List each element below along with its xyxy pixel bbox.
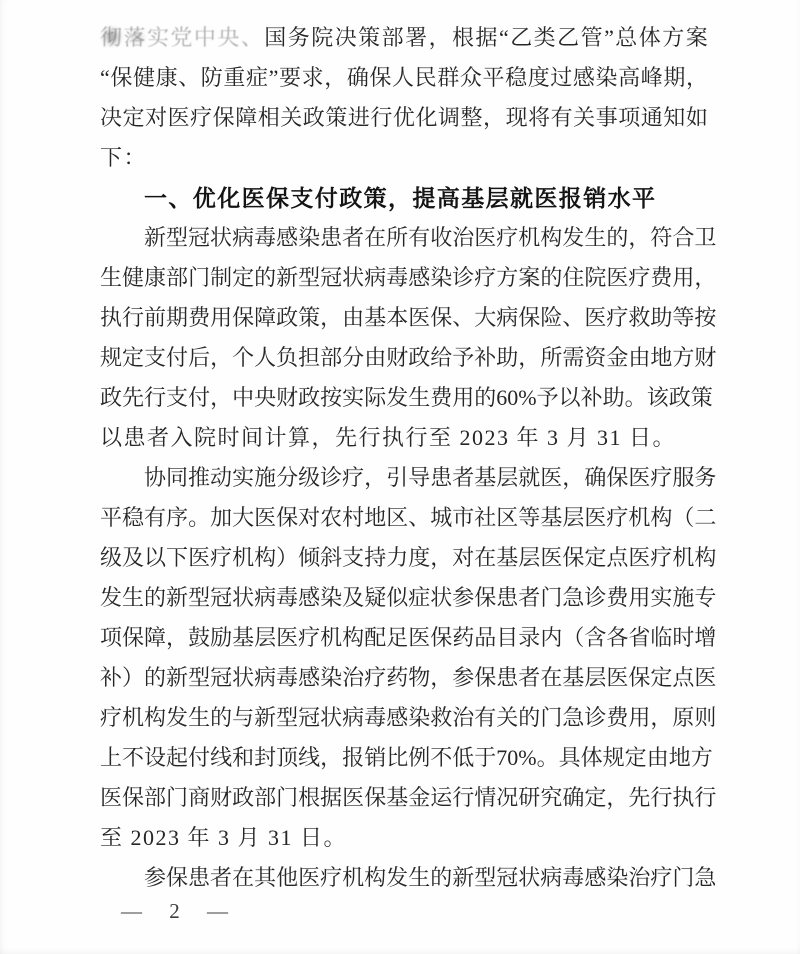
text-character: 基 <box>562 658 584 698</box>
text-character: 设 <box>144 738 166 778</box>
text-character: 求 <box>302 58 324 98</box>
text-character: 配 <box>364 618 386 658</box>
text-character: 根 <box>298 778 320 818</box>
text-character: 机 <box>628 498 650 538</box>
text-character: 地 <box>364 498 386 538</box>
text-character: 据 <box>320 778 342 818</box>
text-character: 原 <box>672 698 694 738</box>
text-character: 费 <box>606 578 628 618</box>
text-character: 机 <box>672 538 694 578</box>
text-character: 保 <box>232 298 254 338</box>
text-character: ） <box>276 538 298 578</box>
text-character: 执 <box>100 298 122 338</box>
text-character: 符 <box>650 218 672 258</box>
text-line: 上不设起付线和封顶线，报销比例不低于70%。具体规定由地方 <box>100 738 708 778</box>
text-character: 定 <box>122 338 144 378</box>
text-character: 例 <box>408 738 430 778</box>
text-character: 政 <box>298 378 320 418</box>
text-character: 则 <box>694 698 716 738</box>
text-character: 市 <box>452 498 474 538</box>
text-character: 者 <box>342 218 364 258</box>
text-character: 基 <box>474 458 496 498</box>
text-character: 型 <box>276 698 298 738</box>
text-character: 知 <box>663 98 685 138</box>
text-character: 由 <box>364 338 386 378</box>
text-character: 社 <box>474 498 496 538</box>
text-character: 在 <box>232 858 254 898</box>
text-character: ， <box>562 458 584 498</box>
text-character: 障 <box>144 618 166 658</box>
text-character: 保 <box>628 658 650 698</box>
text-character: 冠 <box>320 258 342 298</box>
text-character: 门 <box>166 778 188 818</box>
text-character: 诊 <box>320 458 342 498</box>
text-character: 运 <box>430 778 452 818</box>
text-character: 财 <box>694 338 716 378</box>
text-character: 确 <box>584 458 606 498</box>
text-character: 病 <box>254 578 276 618</box>
text-character: 医 <box>584 498 606 538</box>
text-character: 方 <box>691 738 713 778</box>
text-character: 助 <box>496 338 518 378</box>
text-character: 疗 <box>100 698 122 738</box>
text-character: 状 <box>232 578 254 618</box>
text-line: 规定支付后，个人负担部分由财政给予补助，所需资金由地方财 <box>100 338 708 378</box>
text-character: 医 <box>628 458 650 498</box>
text-character: 诊 <box>584 578 606 618</box>
text-character: 的 <box>144 578 166 618</box>
text-character: 层 <box>254 618 276 658</box>
text-character: 70% <box>496 738 536 778</box>
text-character: 给 <box>430 338 452 378</box>
text-character: 患 <box>496 578 518 618</box>
text-character: 疗 <box>606 498 628 538</box>
text-character: 目 <box>496 618 518 658</box>
text-character: 染 <box>408 698 430 738</box>
text-character: 行 <box>694 778 716 818</box>
text-character: 据 <box>476 18 498 58</box>
text-character: 疗 <box>606 298 628 338</box>
text-character: 项 <box>618 98 640 138</box>
text-character: 过 <box>550 58 572 98</box>
text-character: 政 <box>303 98 325 138</box>
text-character: 各 <box>606 618 628 658</box>
text-character: 者 <box>518 658 540 698</box>
text-character: 用 <box>628 578 650 618</box>
text-character: ， <box>210 338 232 378</box>
text-character: 他 <box>276 858 298 898</box>
text-character: 城 <box>430 498 452 538</box>
text-character: 医 <box>188 538 210 578</box>
text-line: 彻落实党中央、国务院决策部署，根据“乙类乙管”总体方案 <box>100 18 708 58</box>
section-heading: 一、优化医保支付政策，提高基层就医报销水平 <box>100 178 708 218</box>
text-character: 定 <box>584 538 606 578</box>
text-character: 行 <box>122 298 144 338</box>
faded-print-character: 彻 <box>100 18 122 58</box>
text-character: 区 <box>496 498 518 538</box>
text-character: 分 <box>342 338 364 378</box>
text-character: ， <box>210 378 232 418</box>
text-character: 乙 <box>557 18 579 58</box>
text-character: 障 <box>235 98 257 138</box>
text-character: 感 <box>386 698 408 738</box>
text-character: 度 <box>528 58 550 98</box>
text-character: 整 <box>461 98 483 138</box>
text-character: 医 <box>408 618 430 658</box>
text-character: 染 <box>298 218 320 258</box>
text-character: 冠 <box>188 218 210 258</box>
text-character: 引 <box>386 458 408 498</box>
text-character: 的 <box>144 658 166 698</box>
text-character: 时 <box>672 618 694 658</box>
text-character: 染 <box>430 258 452 298</box>
text-character: 在 <box>364 218 386 258</box>
text-character: 要 <box>279 58 301 98</box>
text-character: 生 <box>408 858 430 898</box>
text-character: 执 <box>672 778 694 818</box>
text-character: 管 <box>581 18 603 58</box>
text-character: 省 <box>628 618 650 658</box>
text-character: 与 <box>232 698 254 738</box>
text-character: 染 <box>596 58 618 98</box>
text-character: 的 <box>254 258 276 298</box>
text-character: 型 <box>188 658 210 698</box>
text-character: 的 <box>606 218 628 258</box>
text-character: 染 <box>320 578 342 618</box>
text-character: 付 <box>188 378 210 418</box>
text-character: 者 <box>518 578 540 618</box>
text-character: 保 <box>122 778 144 818</box>
text-character: （ <box>672 498 694 538</box>
text-character: ， <box>429 18 451 58</box>
text-character: 治 <box>342 658 364 698</box>
text-character: 状 <box>518 858 540 898</box>
text-character: 方 <box>672 338 694 378</box>
text-character: 期 <box>663 58 685 98</box>
text-character: 资 <box>584 338 606 378</box>
text-character: ， <box>694 258 716 298</box>
text-character: 康 <box>144 258 166 298</box>
text-character: 门 <box>540 698 562 738</box>
text-character: 平 <box>100 498 122 538</box>
text-character: 层 <box>562 498 584 538</box>
text-character: 医 <box>694 658 716 698</box>
text-character: 人 <box>392 58 414 98</box>
text-character: 本 <box>386 298 408 338</box>
text-character: 染 <box>606 858 628 898</box>
text-character: 倾 <box>298 538 320 578</box>
text-character: 医 <box>168 98 190 138</box>
text-character: “ <box>100 58 110 98</box>
text-character: 保 <box>122 618 144 658</box>
text-character: 保 <box>430 618 452 658</box>
text-line: 级及以下医疗机构）倾斜支持力度，对在基层医保定点医疗机构 <box>100 538 708 578</box>
text-character: 部 <box>382 18 404 58</box>
text-character: 基 <box>496 538 518 578</box>
text-character: 患 <box>496 658 518 698</box>
text-character: 症 <box>246 58 268 98</box>
text-character: 策 <box>691 378 713 418</box>
text-line: 平稳有序。加大医保对农村地区、城市社区等基层医疗机构（二 <box>100 498 708 538</box>
text-character: ， <box>650 698 672 738</box>
text-character: 疗 <box>190 98 212 138</box>
text-line: 新型冠状病毒感染患者在所有收治医疗机构发生的，符合卫 <box>100 218 708 258</box>
text-character: 需 <box>562 338 584 378</box>
text-character: 发 <box>562 218 584 258</box>
text-character: 卫 <box>694 218 716 258</box>
text-character: 支 <box>166 378 188 418</box>
text-character: 医 <box>342 778 364 818</box>
text-character: 类 <box>534 18 556 58</box>
text-character: 央 <box>254 378 276 418</box>
text-character: 体 <box>639 18 661 58</box>
text-character: 门 <box>540 578 562 618</box>
text-character: 保 <box>276 498 298 538</box>
text-character: 及 <box>122 538 144 578</box>
text-character: 对 <box>145 98 167 138</box>
text-character: 度 <box>408 538 430 578</box>
text-character: 付 <box>166 338 188 378</box>
text-character: 医 <box>408 298 430 338</box>
text-character: ， <box>320 298 342 338</box>
text-character: 及 <box>342 578 364 618</box>
text-character: 毒 <box>386 258 408 298</box>
text-character: 服 <box>672 458 694 498</box>
text-character: 个 <box>232 338 254 378</box>
text-character: 同 <box>166 458 188 498</box>
text-character: 实 <box>650 578 672 618</box>
text-character: ， <box>320 738 342 778</box>
text-character: 中 <box>232 378 254 418</box>
text-character: 医 <box>474 218 496 258</box>
text-character: 者 <box>452 458 474 498</box>
text-character: 就 <box>518 458 540 498</box>
text-character: 分 <box>276 458 298 498</box>
text-character: 不 <box>430 738 452 778</box>
text-character: 有 <box>408 218 430 258</box>
text-character: 上 <box>100 738 122 778</box>
text-character: 机 <box>342 858 364 898</box>
text-character: 保 <box>606 458 628 498</box>
text-line: 协同推动实施分级诊疗，引导患者基层就医，确保医疗服务 <box>100 458 708 498</box>
text-character: 医 <box>100 778 122 818</box>
text-character: ） <box>122 658 144 698</box>
text-line: 疗机构发生的与新型冠状病毒感染救治有关的门急诊费用，原则 <box>100 698 708 738</box>
text-character: 推 <box>188 458 210 498</box>
text-character: 构 <box>364 858 386 898</box>
text-character: 峰 <box>641 58 663 98</box>
text-character: 总 <box>615 18 637 58</box>
text-character: ， <box>166 618 188 658</box>
text-character: 现 <box>506 98 528 138</box>
text-character: 金 <box>606 338 628 378</box>
text-character: 。 <box>625 378 647 418</box>
text-character: 毒 <box>364 698 386 738</box>
text-character: 究 <box>540 778 562 818</box>
text-character: 毒 <box>276 578 298 618</box>
text-character: 疗 <box>650 538 672 578</box>
faded-print-character: 央 <box>217 18 239 58</box>
text-character: 由 <box>342 298 364 338</box>
text-character: 疗 <box>210 538 232 578</box>
text-character: 的 <box>210 698 232 738</box>
text-character: 通 <box>641 98 663 138</box>
text-character: 将 <box>528 98 550 138</box>
text-character: 政 <box>276 298 298 338</box>
text-character: （ <box>562 618 584 658</box>
text-character: 支 <box>342 538 364 578</box>
text-character: ， <box>324 58 346 98</box>
text-character: 者 <box>210 858 232 898</box>
text-character: 患 <box>320 218 342 258</box>
text-character: 稳 <box>505 58 527 98</box>
text-character: 治 <box>628 858 650 898</box>
text-character: 症 <box>408 578 430 618</box>
text-character: 制 <box>210 258 232 298</box>
text-character: 状 <box>342 258 364 298</box>
text-character: 诊 <box>452 258 474 298</box>
text-character: ， <box>606 778 628 818</box>
text-character: 含 <box>584 618 606 658</box>
text-character: 生 <box>584 218 606 258</box>
text-character: 序 <box>166 498 188 538</box>
text-character: 疑 <box>364 578 386 618</box>
text-character: 由 <box>647 738 669 778</box>
faded-print-character: 实 <box>147 18 169 58</box>
text-character: 费 <box>606 698 628 738</box>
text-character: 际 <box>364 378 386 418</box>
text-character: 医 <box>298 858 320 898</box>
text-character: 健 <box>133 58 155 98</box>
text-character: 对 <box>452 538 474 578</box>
text-character: 级 <box>298 458 320 498</box>
text-character: 型 <box>188 578 210 618</box>
text-character: 二 <box>694 498 716 538</box>
text-character: 新 <box>166 658 188 698</box>
text-character: ， <box>364 458 386 498</box>
page-number: — 2 — <box>121 899 235 924</box>
text-character: 疗 <box>650 458 672 498</box>
text-character: ， <box>518 338 540 378</box>
text-character: 的 <box>518 698 540 738</box>
text-character: 在 <box>540 658 562 698</box>
text-character: 保 <box>474 658 496 698</box>
text-character: 规 <box>603 738 625 778</box>
text-character: 患 <box>430 458 452 498</box>
text-line: “保健康、防重症”要求，确保人民群众平稳度过感染高峰期， <box>100 58 708 98</box>
text-character: 疗 <box>496 218 518 258</box>
text-character: 门 <box>672 858 694 898</box>
text-character: 医 <box>540 458 562 498</box>
text-character: 机 <box>122 698 144 738</box>
text-character: 策 <box>358 18 380 58</box>
text-character: 机 <box>232 538 254 578</box>
text-line: 政先行支付，中央财政按实际发生费用的60%予以补助。该政策 <box>100 378 708 418</box>
text-character: 病 <box>342 698 364 738</box>
text-character: 高 <box>618 58 640 98</box>
text-character: 商 <box>188 778 210 818</box>
text-character: 发 <box>386 858 408 898</box>
text-character: 增 <box>694 618 716 658</box>
text-character: 状 <box>210 218 232 258</box>
text-character: 疗 <box>474 258 496 298</box>
text-character: 所 <box>386 218 408 258</box>
text-character: 新 <box>254 698 276 738</box>
text-character: 不 <box>122 738 144 778</box>
text-character: 品 <box>474 618 496 658</box>
text-character: 平 <box>482 58 504 98</box>
text-character: 疗 <box>650 858 672 898</box>
text-character: 决 <box>100 98 122 138</box>
text-line: 参保患者在其他医疗机构发生的新型冠状病毒感染治疗门急 <box>100 858 708 898</box>
text-character: 该 <box>647 378 669 418</box>
text-character: 冠 <box>210 578 232 618</box>
text-character: 实 <box>342 378 364 418</box>
text-character: 构 <box>540 218 562 258</box>
text-character: 生 <box>188 698 210 738</box>
text-character: 染 <box>320 658 342 698</box>
text-character: 方 <box>496 258 518 298</box>
text-character: 病 <box>496 298 518 338</box>
text-character: 状 <box>320 698 342 738</box>
text-character: 障 <box>254 298 276 338</box>
text-character: 乙 <box>510 18 532 58</box>
text-character: 补 <box>474 338 496 378</box>
text-character: 人 <box>254 338 276 378</box>
text-character: 点 <box>606 538 628 578</box>
text-character: 级 <box>100 538 122 578</box>
text-character: 冠 <box>210 658 232 698</box>
text-character: 费 <box>188 298 210 338</box>
text-character: 治 <box>452 698 474 738</box>
text-line: 以患者入院时间计算，先行执行至 2023 年 3 月 31 日。 <box>100 418 708 458</box>
text-character: ， <box>430 658 452 698</box>
text-character: 定 <box>232 258 254 298</box>
faded-print-character: 中 <box>194 18 216 58</box>
text-character: 急 <box>562 698 584 738</box>
text-character: 医 <box>540 538 562 578</box>
text-character: 病 <box>254 658 276 698</box>
text-character: 构 <box>144 698 166 738</box>
faded-print-character: 落 <box>123 18 145 58</box>
text-character: 等 <box>672 298 694 338</box>
text-character: 顶 <box>276 738 298 778</box>
text-line: 下： <box>100 138 708 178</box>
text-character: 参 <box>452 578 474 618</box>
text-character: 案 <box>518 258 540 298</box>
text-character: 基 <box>386 778 408 818</box>
text-character: 稳 <box>122 498 144 538</box>
text-character: 医 <box>606 258 628 298</box>
text-character: 斜 <box>320 538 342 578</box>
text-character: 层 <box>496 458 518 498</box>
text-character: 医 <box>276 618 298 658</box>
text-character: 予 <box>537 378 559 418</box>
text-character: 感 <box>276 218 298 258</box>
text-character: 保 <box>430 298 452 338</box>
text-character: 销 <box>364 738 386 778</box>
text-character: ， <box>483 98 505 138</box>
text-character: 和 <box>232 738 254 778</box>
text-character: 临 <box>650 618 672 658</box>
text-character: 相 <box>258 98 280 138</box>
text-character: 药 <box>452 618 474 658</box>
text-character: 院 <box>584 258 606 298</box>
text-character: 点 <box>672 658 694 698</box>
text-character: 化 <box>415 98 437 138</box>
text-character: 财 <box>276 378 298 418</box>
faded-print-character: 党 <box>170 18 192 58</box>
